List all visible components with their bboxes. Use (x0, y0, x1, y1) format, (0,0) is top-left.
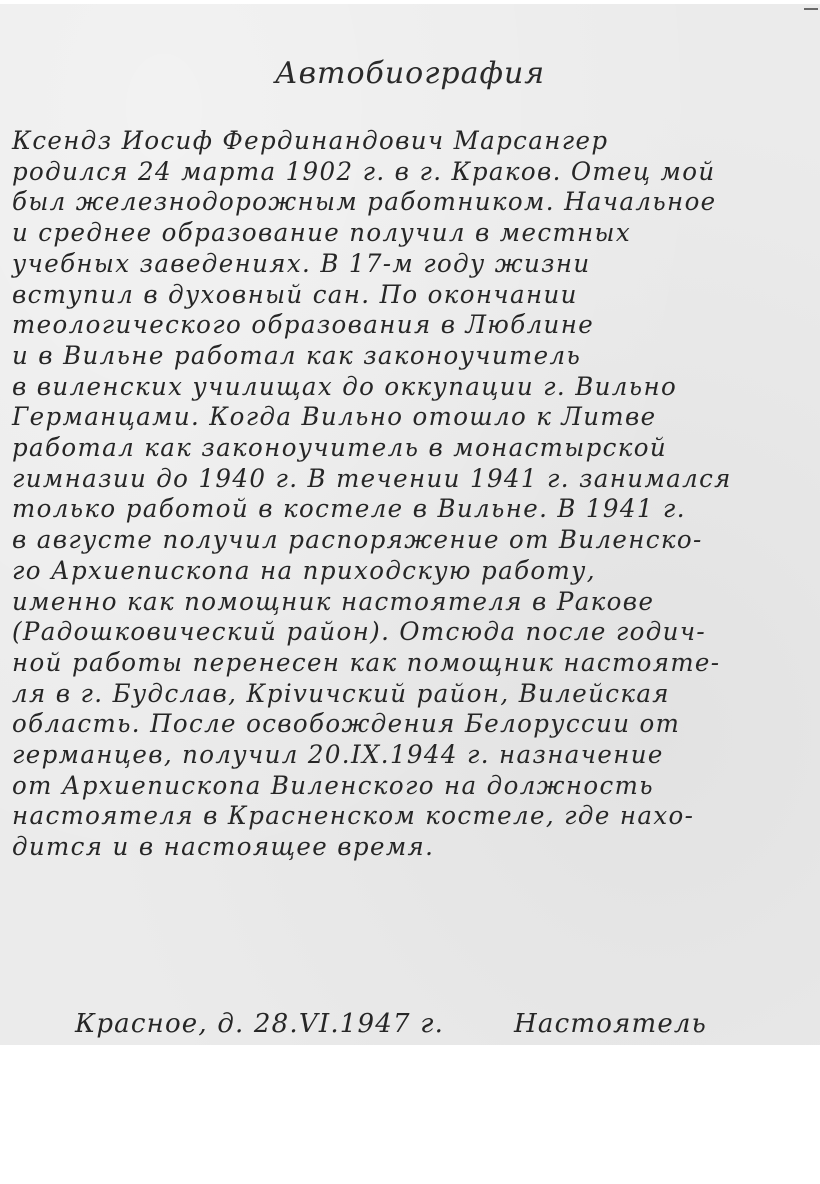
body-line: гимназии до 1940 г. В течении 1941 г. за… (12, 464, 806, 495)
place-and-date: Красное, д. 28.VI.1947 г. (75, 1009, 444, 1039)
body-line: го Архиепископа на приходскую работу, (12, 556, 806, 587)
body-line: и в Вильне работал как законоучитель (12, 341, 806, 372)
body-line: настоятеля в Красненском костеле, где на… (12, 801, 806, 832)
body-line: именно как помощник настоятеля в Ракове (12, 587, 806, 618)
body-line: германцев, получил 20.IX.1944 г. назначе… (12, 740, 806, 771)
body-line: в виленских училищах до оккупации г. Вил… (12, 372, 806, 403)
body-line: теологического образования в Люблине (12, 310, 806, 341)
body-line: и среднее образование получил в местных (12, 218, 806, 249)
document-photo: Автобиография Ксендз Иосиф Фердинандович… (0, 4, 820, 1045)
body-line: (Радошковический район). Отсюда после го… (12, 617, 806, 648)
body-line: ля в г. Будслав, Крivичский район, Вилей… (12, 679, 806, 710)
body-line: был железнодорожным работником. Начально… (12, 187, 806, 218)
body-line: в августе получил распоряжение от Виленс… (12, 525, 806, 556)
body-line: от Архиепископа Виленского на должность (12, 771, 806, 802)
handwritten-body: Ксендз Иосиф Фердинандович Марсангер род… (12, 126, 820, 863)
body-line: вступил в духовный сан. По окончании (12, 280, 806, 311)
body-line: Германцами. Когда Вильно отошло к Литве (12, 402, 806, 433)
body-line: работал как законоучитель в монастырской (12, 433, 806, 464)
document-title: Автобиография (0, 56, 820, 91)
body-line: дится и в настоящее время. (12, 832, 806, 863)
signature-block: Красное, д. 28.VI.1947 г. Настоятель (75, 1009, 815, 1039)
body-line: область. После освобождения Белоруссии о… (12, 709, 806, 740)
signer-title: Настоятель (514, 1009, 707, 1039)
body-line: родился 24 марта 1902 г. в г. Краков. От… (12, 157, 806, 188)
body-line: учебных заведениях. В 17-м году жизни (12, 249, 806, 280)
body-line: ной работы перенесен как помощник настоя… (12, 648, 806, 679)
body-line: Ксендз Иосиф Фердинандович Марсангер (12, 126, 806, 157)
body-line: только работой в костеле в Вильне. В 194… (12, 494, 806, 525)
paper-corner-mark (804, 8, 818, 10)
